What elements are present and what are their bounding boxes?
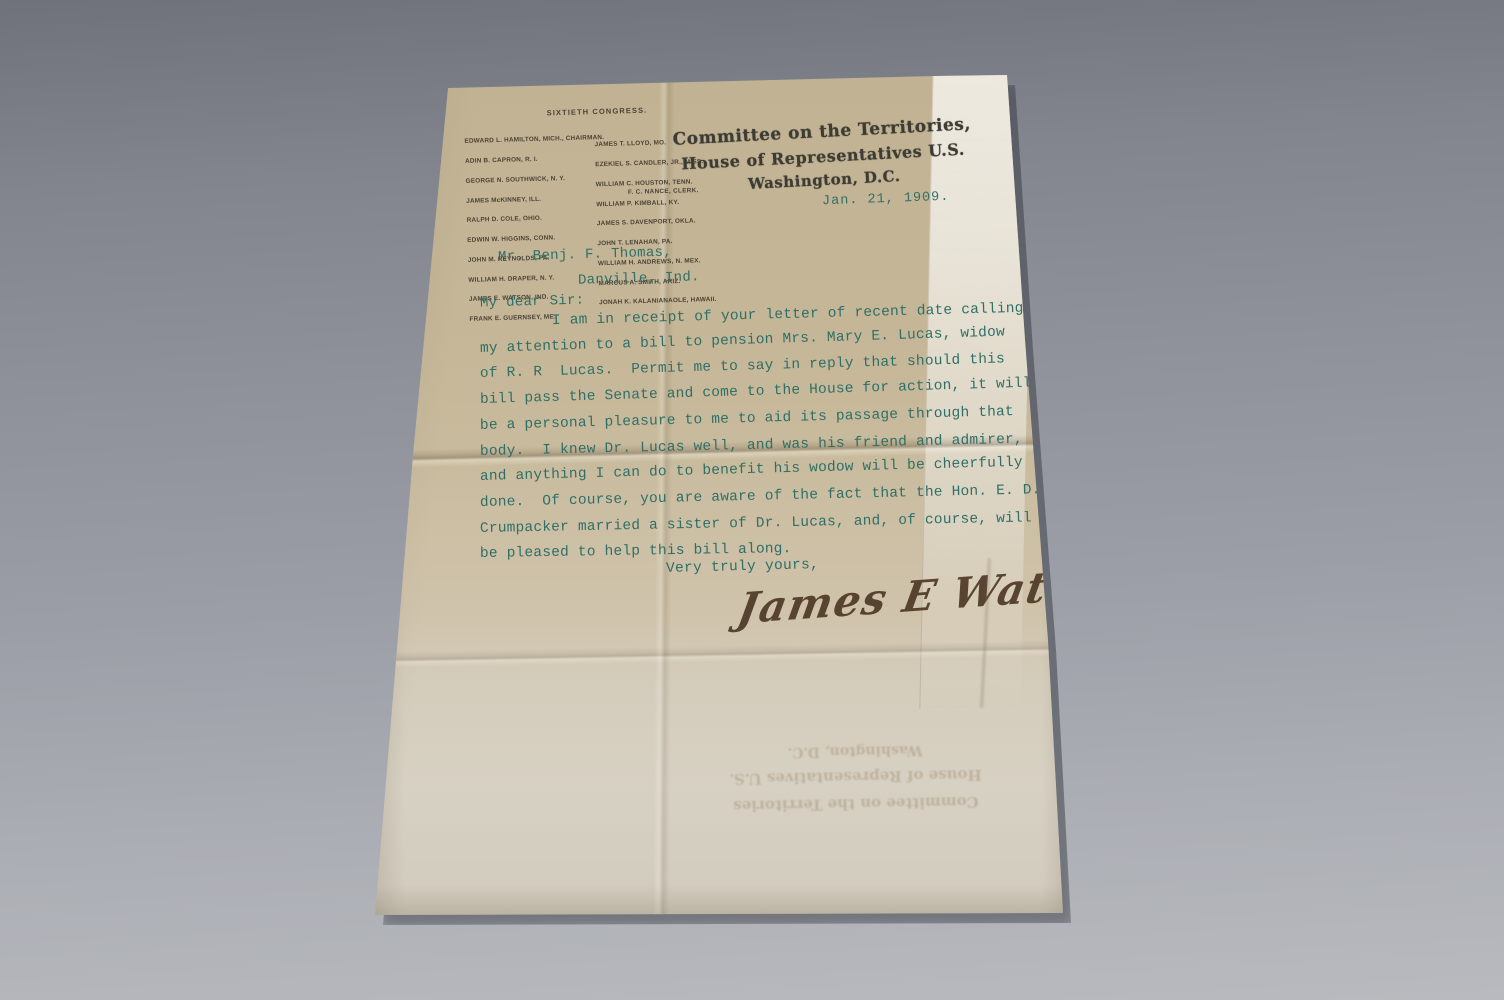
member-name: ADIN B. CAPRON, R. I. — [465, 155, 605, 165]
recipient-city: Danville, Ind. — [578, 269, 700, 288]
member-name: EDWIN W. HIGGINS, CONN. — [467, 234, 607, 244]
member-name: JAMES S. DAVENPORT, OKLA. — [597, 218, 715, 228]
letter-paper: SIXTIETH CONGRESS. EDWARD L. HAMILTON, M… — [370, 70, 1070, 920]
letter-body: I am in receipt of your letter of recent… — [480, 311, 1025, 568]
photo-background: SIXTIETH CONGRESS. EDWARD L. HAMILTON, M… — [0, 0, 1504, 1000]
letter-document: SIXTIETH CONGRESS. EDWARD L. HAMILTON, M… — [370, 70, 1070, 920]
member-name: GEORGE N. SOUTHWICK, N. Y. — [466, 175, 606, 185]
letterhead-bleed-through: Committee on the Territories House of Re… — [697, 735, 1013, 820]
member-name: RALPH D. COLE, OHIO. — [467, 214, 607, 224]
bleed-line-house: House of Representatives U.S. — [698, 761, 1013, 792]
member-name: EDWARD L. HAMILTON, MICH., CHAIRMAN. — [464, 135, 604, 145]
member-name: WILLIAM P. KIMBALL, KY. — [596, 198, 714, 208]
member-name: JAMES McKINNEY, ILL. — [466, 195, 606, 205]
bleed-line-committee: Committee on the Territories — [698, 787, 1013, 820]
